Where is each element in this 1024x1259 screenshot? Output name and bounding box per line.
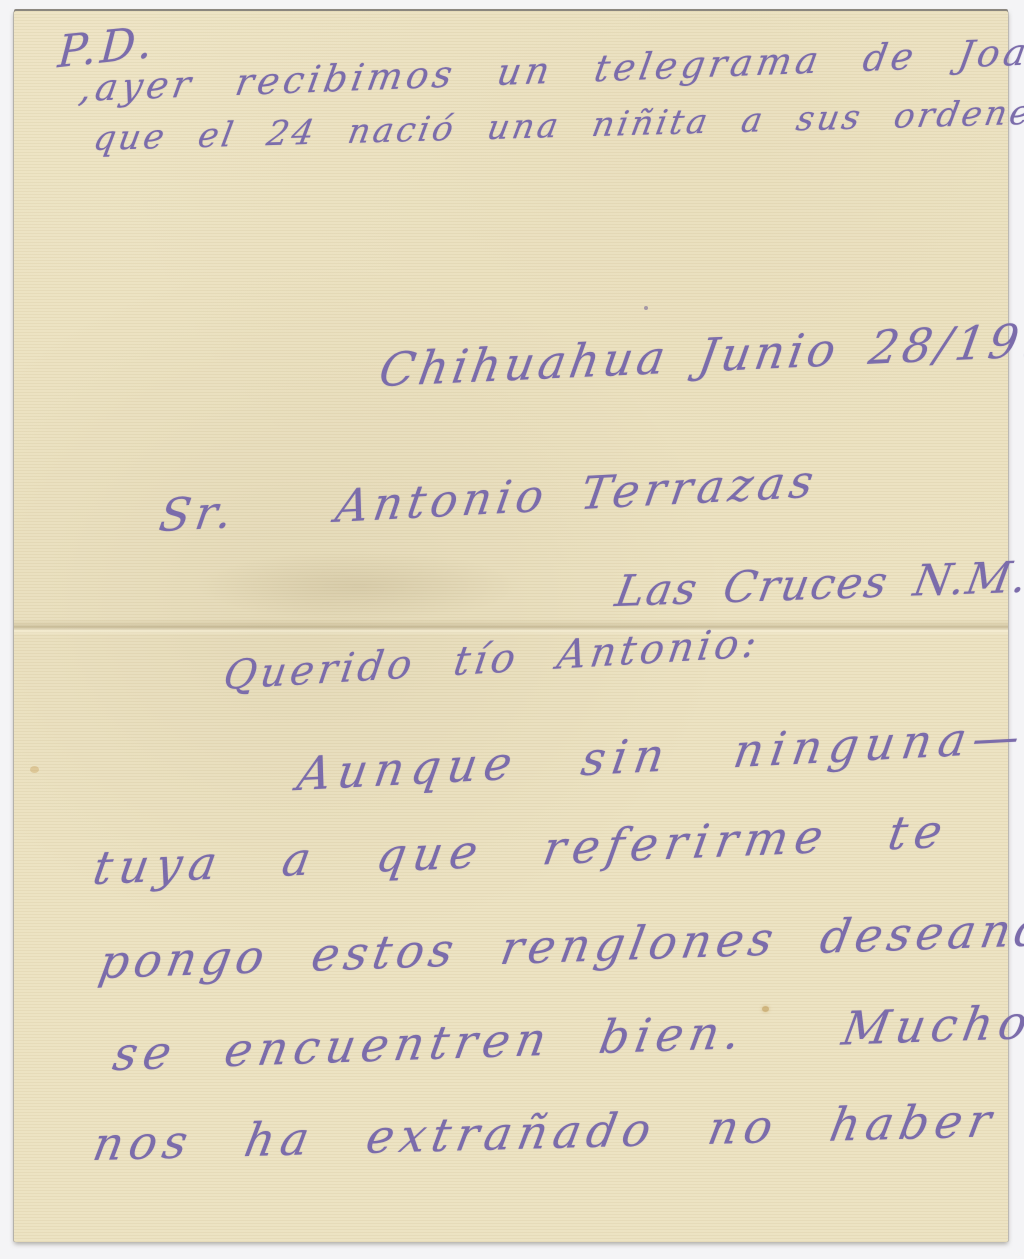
recipient-name-line: Sr. Antonio Terrazas bbox=[156, 454, 822, 542]
body-line-4: se encuentren bien. Mucho bbox=[109, 995, 1024, 1081]
body-line-3: pongo estos renglones deseando bbox=[95, 901, 1024, 990]
paper-fold-shadow bbox=[194, 551, 524, 621]
recipient-place-line: Las Cruces N.M. bbox=[612, 552, 1024, 617]
body-line-5: nos ha extrañado no haber bbox=[89, 1093, 1002, 1171]
body-line-2: tuya a que referirme te bbox=[89, 803, 953, 895]
paper-stain bbox=[30, 766, 39, 773]
letter-page: P.D. ,ayer recibimos un telegrama de Joa… bbox=[14, 11, 1008, 1242]
ink-dot bbox=[644, 306, 648, 310]
paper-fold-crease bbox=[14, 619, 1008, 635]
body-line-1: Aunque sin ninguna— bbox=[294, 709, 1024, 802]
date-line: Chihuahua Junio 28/19. bbox=[375, 313, 1024, 397]
